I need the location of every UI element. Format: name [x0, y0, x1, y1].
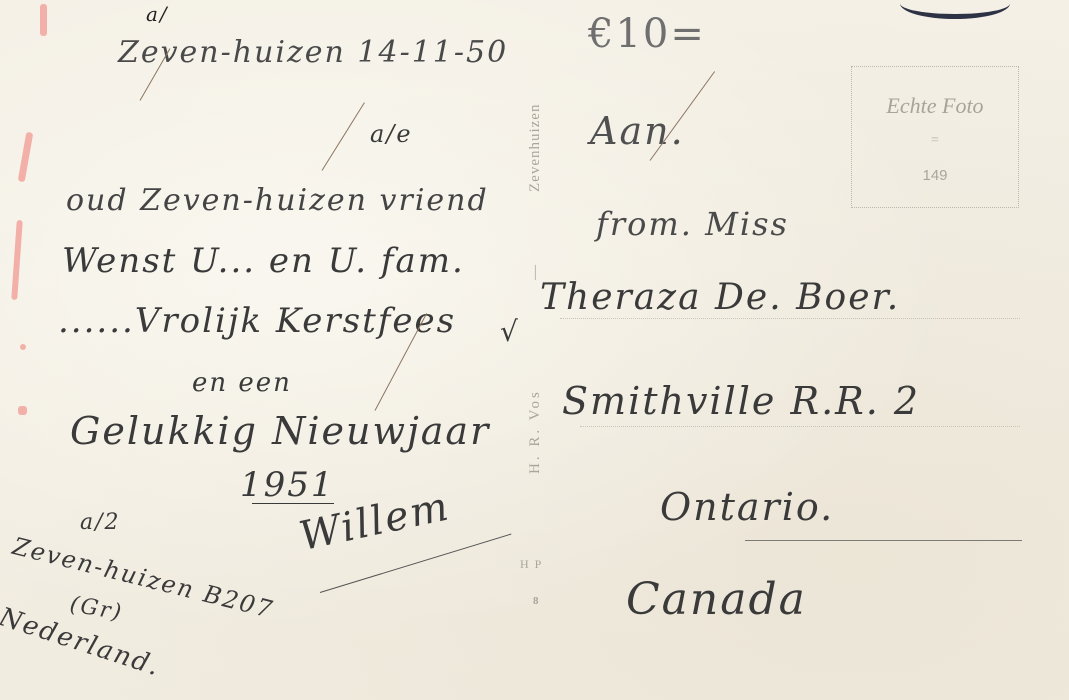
recipient-line-2: from. Miss — [596, 208, 789, 240]
message-line-1: oud Zeven-huizen vriend — [66, 186, 489, 216]
message-line-4: en een — [192, 370, 292, 396]
corner-mark: a/ — [146, 4, 169, 24]
stamp-box: Echte Foto = 149 — [851, 66, 1019, 208]
message-line-3: ......Vrolijk Kerstfees — [58, 304, 456, 338]
recipient-line-4: Smithville R.R. 2 — [562, 382, 920, 420]
address-line — [560, 318, 1020, 319]
stamp-title: Echte Foto — [852, 93, 1018, 119]
address-line — [580, 426, 1020, 427]
postmark-fragment — [900, 0, 1010, 19]
recipient-line-5: Ontario. — [660, 488, 834, 526]
divider-text-top: Zevenhuizen — [528, 104, 543, 192]
publisher-letters: H P — [520, 558, 541, 570]
recipient-line-3: Theraza De. Boer. — [540, 280, 900, 316]
sender-note: a/2 — [80, 512, 121, 534]
pen-stroke — [322, 102, 365, 170]
year-underline — [252, 503, 334, 504]
sender-line-2: (Gr) — [68, 594, 124, 625]
recipient-line-6: Canada — [626, 578, 807, 622]
sender-line-1: Zeven-huizen B207 — [10, 534, 276, 622]
red-mark — [18, 132, 34, 182]
red-mark — [18, 406, 27, 415]
divider-text-bottom: H. R. Vos — [528, 389, 543, 474]
price-pencil: €10= — [588, 14, 706, 54]
red-mark — [40, 4, 47, 36]
publisher-sub: 8 — [533, 596, 539, 607]
address-underline — [745, 540, 1022, 541]
red-mark — [11, 220, 23, 300]
check-mark: √ — [500, 318, 520, 346]
stamp-eq: = — [852, 133, 1018, 149]
stamp-number: 149 — [852, 167, 1018, 184]
place-date: Zeven-huizen 14-11-50 — [118, 38, 508, 68]
red-mark — [20, 344, 26, 350]
note-ae: a/e — [370, 122, 413, 146]
message-line-5: Gelukkig Nieuwjaar — [70, 412, 490, 450]
message-line-2: Wenst U... en U. fam. — [62, 244, 465, 278]
postcard-back: a/ Zeven-huizen 14-11-50 a/e oud Zeven-h… — [0, 0, 1069, 700]
message-year: 1951 — [240, 468, 335, 502]
